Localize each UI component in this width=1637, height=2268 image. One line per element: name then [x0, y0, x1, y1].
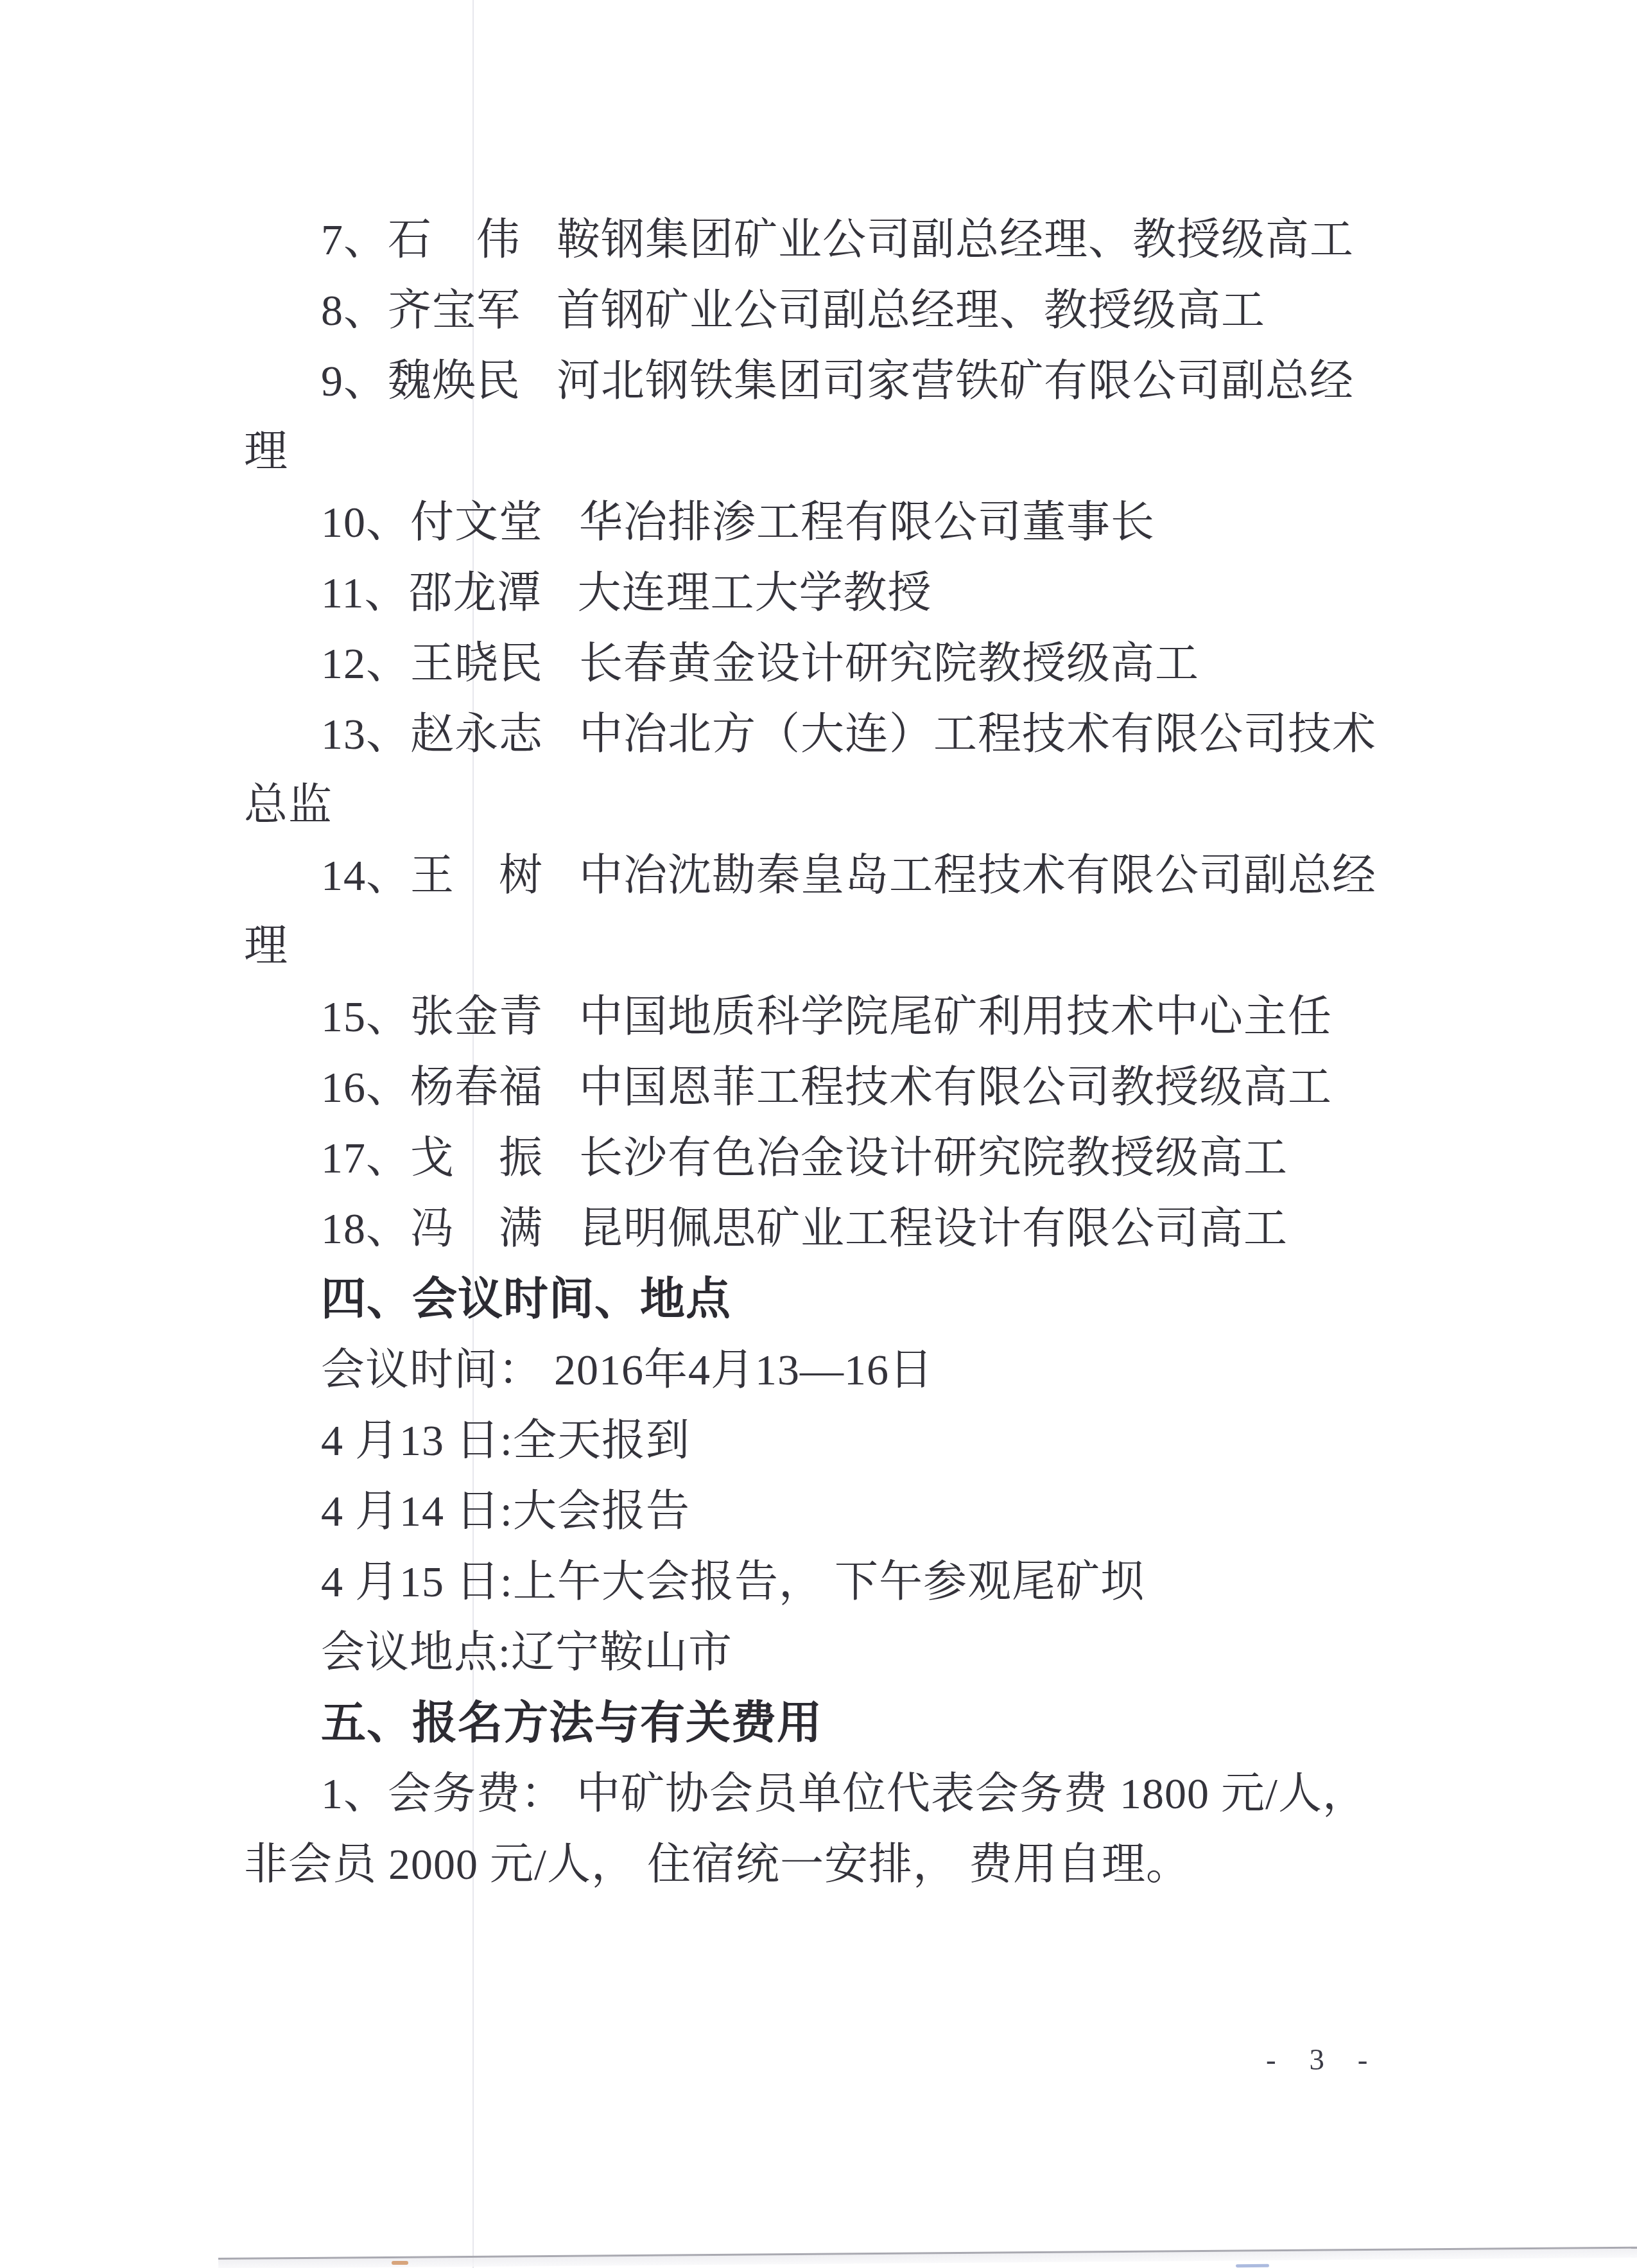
list-item-number: 18、	[321, 1193, 410, 1264]
attendee-line: 14、王 树中冶沈勘秦皇岛工程技术有限公司副总经	[244, 840, 1444, 911]
attendee-title: 中冶沈勘秦皇岛工程技术有限公司副总经	[579, 851, 1376, 900]
section-heading: 四、会议时间、地点	[244, 1264, 1444, 1334]
attendee-name: 冯 满	[410, 1193, 543, 1264]
attendee-title: 长春黄金设计研究院教授级高工	[579, 639, 1199, 688]
wrapped-line-continuation: 理	[244, 416, 1444, 487]
attendee-title: 鞍钢集团矿业公司副总经理、教授级高工	[557, 215, 1354, 264]
attendee-name: 石 伟	[388, 204, 521, 275]
body-line: 4 月15 日:上午大会报告， 下午参观尾矿坝	[244, 1546, 1444, 1617]
attendee-title: 中冶北方（大连）工程技术有限公司技术	[579, 710, 1376, 758]
scan-artifact-blue-speck	[1236, 2264, 1269, 2267]
attendee-name: 付文堂	[410, 487, 543, 557]
list-item-number: 8、	[321, 275, 388, 345]
attendee-name: 杨春福	[410, 1052, 543, 1122]
list-item-number: 17、	[321, 1122, 410, 1193]
attendee-line: 12、王晓民长春黄金设计研究院教授级高工	[244, 628, 1444, 699]
list-item-number: 7、	[321, 204, 388, 275]
attendee-title: 大连理工大学教授	[578, 568, 932, 617]
list-item-number: 10、	[321, 487, 410, 557]
attendee-name: 戈 振	[410, 1122, 543, 1193]
list-item-number: 13、	[321, 699, 410, 769]
wrapped-line-continuation: 总监	[244, 769, 1444, 840]
list-item-number: 16、	[321, 1052, 410, 1122]
document-body: 7、石 伟鞍钢集团矿业公司副总经理、教授级高工8、齐宝军首钢矿业公司副总经理、教…	[0, 204, 1637, 1899]
body-line: 会议地点:辽宁鞍山市	[244, 1617, 1444, 1688]
scan-artifact-orange-speck	[392, 2261, 408, 2265]
attendee-line: 17、戈 振长沙有色冶金设计研究院教授级高工	[244, 1122, 1444, 1193]
list-item-number: 15、	[321, 981, 410, 1052]
attendee-name: 王 树	[410, 840, 543, 911]
attendee-title: 中国恩菲工程技术有限公司教授级高工	[579, 1063, 1332, 1112]
list-item-number: 9、	[321, 345, 388, 416]
attendee-name: 邵龙潭	[408, 557, 541, 628]
section-heading: 五、报名方法与有关费用	[244, 1688, 1444, 1758]
attendee-name: 张金青	[410, 981, 543, 1052]
body-line: 4 月13 日:全天报到	[244, 1405, 1444, 1476]
attendee-title: 昆明佩思矿业工程设计有限公司高工	[579, 1204, 1288, 1253]
body-line: 4 月14 日:大会报告	[244, 1476, 1444, 1546]
attendee-line: 7、石 伟鞍钢集团矿业公司副总经理、教授级高工	[244, 204, 1444, 275]
attendee-title: 首钢矿业公司副总经理、教授级高工	[557, 286, 1265, 335]
attendee-line: 15、张金青中国地质科学院尾矿利用技术中心主任	[244, 981, 1444, 1052]
attendee-line: 16、杨春福中国恩菲工程技术有限公司教授级高工	[244, 1052, 1444, 1122]
attendee-name: 赵永志	[410, 699, 543, 769]
attendee-title: 河北钢铁集团司家营铁矿有限公司副总经	[557, 356, 1354, 405]
list-item-number: 12、	[321, 628, 410, 699]
attendee-line: 18、冯 满昆明佩思矿业工程设计有限公司高工	[244, 1193, 1444, 1264]
attendee-line: 11、邵龙潭大连理工大学教授	[244, 557, 1444, 628]
list-item-number: 14、	[321, 840, 410, 911]
attendee-name: 魏焕民	[388, 345, 521, 416]
attendee-title: 长沙有色冶金设计研究院教授级高工	[579, 1133, 1288, 1182]
wrapped-line-continuation: 理	[244, 911, 1444, 981]
body-line-flush: 非会员 2000 元/人， 住宿统一安排， 费用自理。	[244, 1829, 1444, 1899]
attendee-name: 齐宝军	[388, 275, 521, 345]
page-number: - 3 -	[1266, 2034, 1380, 2086]
attendee-name: 王晓民	[410, 628, 543, 699]
attendee-line: 8、齐宝军首钢矿业公司副总经理、教授级高工	[244, 275, 1444, 345]
attendee-title: 华冶排渗工程有限公司董事长	[579, 498, 1155, 546]
attendee-line: 10、付文堂华冶排渗工程有限公司董事长	[244, 487, 1444, 557]
body-line: 会议时间： 2016年4月13—16日	[244, 1334, 1444, 1405]
attendee-line: 13、赵永志中冶北方（大连）工程技术有限公司技术	[244, 699, 1444, 769]
attendee-line: 9、魏焕民河北钢铁集团司家营铁矿有限公司副总经	[244, 345, 1444, 416]
body-line: 1、会务费： 中矿协会员单位代表会务费 1800 元/人，	[244, 1758, 1444, 1829]
attendee-title: 中国地质科学院尾矿利用技术中心主任	[579, 992, 1332, 1041]
list-item-number: 11、	[321, 557, 408, 628]
